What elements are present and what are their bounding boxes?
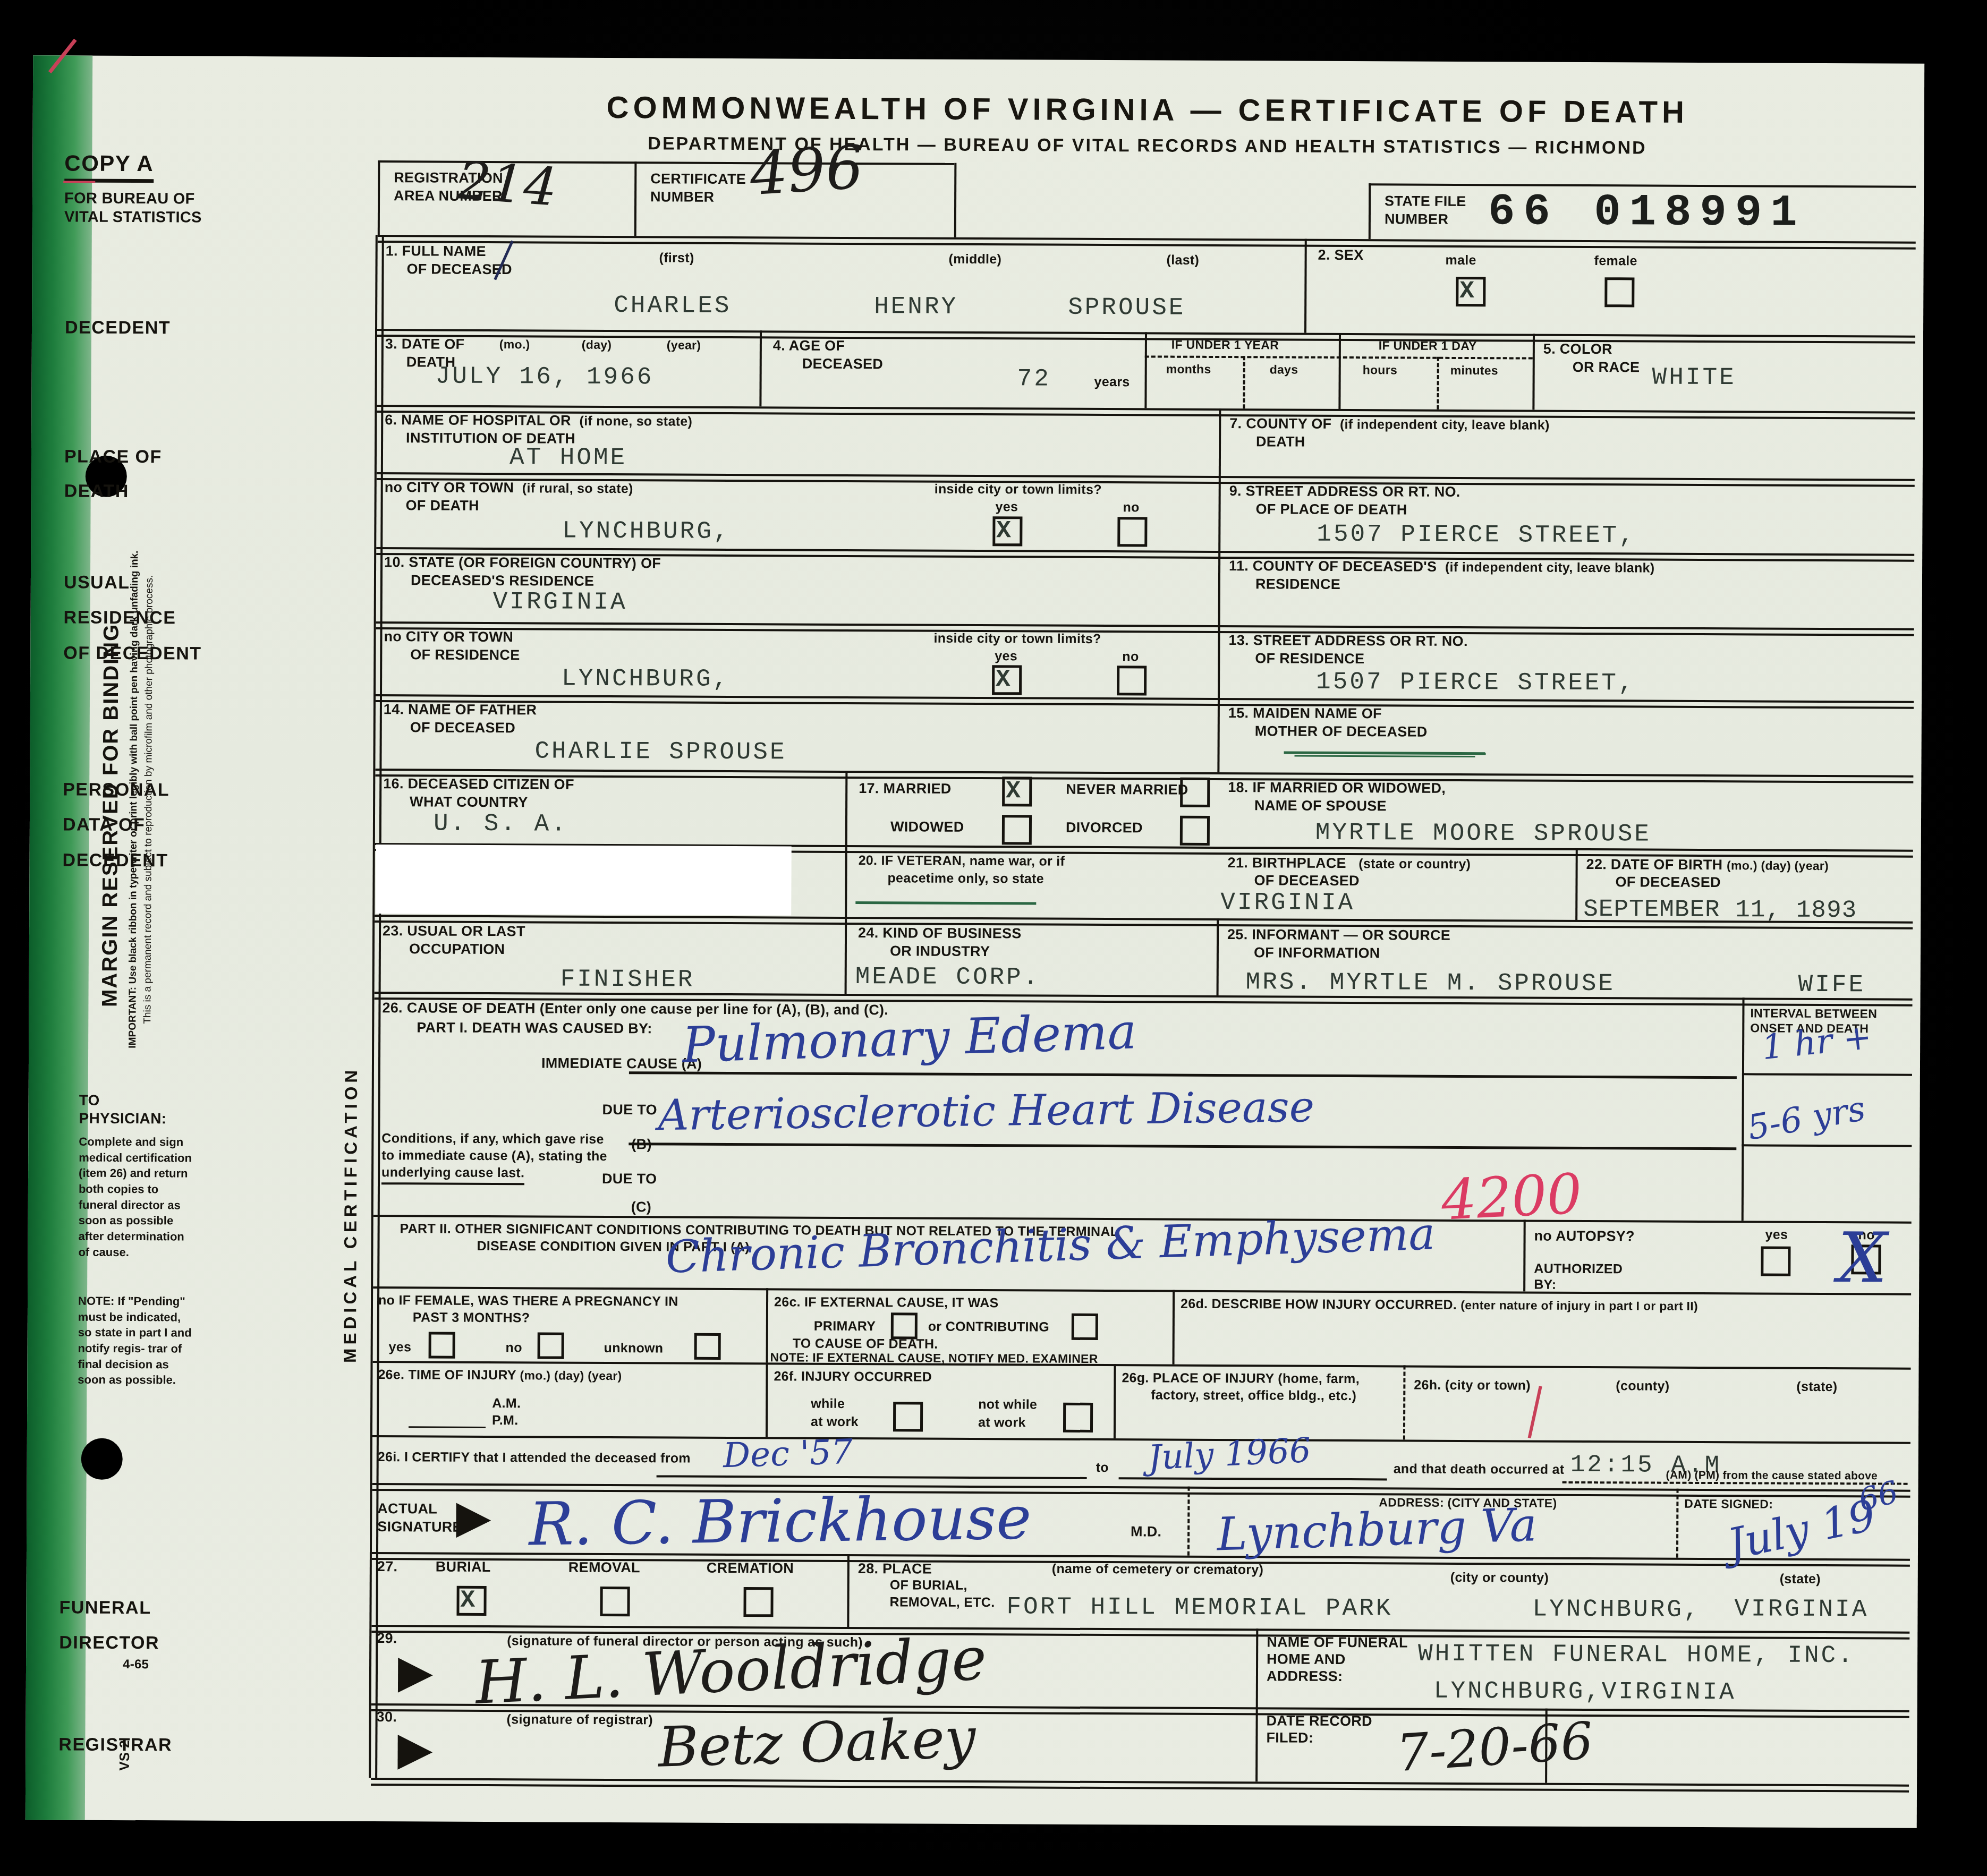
contributing-label: or CONTRIBUTING xyxy=(928,1319,1049,1335)
field28-label-3: REMOVAL, ETC. xyxy=(890,1594,995,1610)
field26b-label-2: PAST 3 MONTHS? xyxy=(413,1310,530,1326)
occupation-value: FINISHER xyxy=(561,967,695,992)
primary-checkbox xyxy=(891,1312,918,1339)
age-value: 72 xyxy=(1017,366,1051,391)
date-signed-label: DATE SIGNED: xyxy=(1684,1497,1773,1512)
pregnancy-yes-checkbox xyxy=(429,1332,455,1359)
cemetery-hint: (name of cemetery or crematory) xyxy=(1052,1562,1263,1578)
cremation-label: CREMATION xyxy=(707,1560,794,1577)
section-registrar: REGISTRAR xyxy=(58,1734,172,1756)
state-file-value: 66 018991 xyxy=(1488,190,1806,236)
field3-label: 3. DATE OF xyxy=(385,336,465,353)
field16-label: 16. DECEASED CITIZEN OF xyxy=(383,775,574,793)
limits-label-residence: inside city or town limits? xyxy=(933,631,1101,647)
field28-label: 28. PLACE xyxy=(858,1561,932,1577)
field1-no-label: 1. FULL NAME xyxy=(386,243,486,260)
birthplace-value: VIRGINIA xyxy=(1220,890,1355,915)
name-middle-value: HENRY xyxy=(874,294,958,319)
field18-label: 18. IF MARRIED OR WIDOWED, xyxy=(1228,779,1446,797)
spouse-name-value: MYRTLE MOORE SPROUSE xyxy=(1315,821,1651,847)
place-of-death-address-value: 1507 PIERCE STREET, xyxy=(1317,522,1636,548)
immediate-cause-label: IMMEDIATE CAUSE (A) xyxy=(541,1055,702,1072)
field17-married-label: 17. MARRIED xyxy=(859,780,951,798)
certificate-number-label-2: NUMBER xyxy=(650,189,714,206)
field16-label-2: WHAT COUNTRY xyxy=(410,794,528,811)
field23-label: 23. USUAL OR LAST xyxy=(383,923,525,940)
state-residence-value: VIRGINIA xyxy=(493,590,627,615)
first-hint: (first) xyxy=(659,250,694,266)
hole-punch xyxy=(81,1438,123,1480)
notwhile-label-1: not while xyxy=(978,1397,1037,1413)
physician-address-handwriting: Lynchburg Va xyxy=(1216,1502,1538,1557)
field6-label: 6. NAME OF HOSPITAL OR (if none, so stat… xyxy=(385,412,692,430)
under1day-label: IF UNDER 1 DAY xyxy=(1379,338,1477,353)
pointer-arrow-icon: ▶ xyxy=(456,1490,491,1544)
field11-label: 11. COUNTY OF DECEASED'S (if independent… xyxy=(1229,558,1655,576)
field13-label: 13. STREET ADDRESS OR RT. NO. xyxy=(1228,632,1467,650)
field24-label: 24. KIND OF BUSINESS xyxy=(858,925,1022,942)
age-years-label: years xyxy=(1094,374,1130,390)
removal-label: REMOVAL xyxy=(568,1559,640,1576)
authorized-label-1: AUTHORIZED xyxy=(1534,1261,1623,1277)
last-hint: (last) xyxy=(1167,253,1200,269)
pregnancy-unknown-checkbox xyxy=(694,1333,721,1360)
divorced-label: DIVORCED xyxy=(1066,820,1143,837)
form-revision: 4-65 xyxy=(123,1657,149,1673)
ampm-label: (AM) (PM) from the cause stated above xyxy=(1666,1469,1878,1483)
to-label: to xyxy=(1096,1460,1109,1476)
physician-signature-handwriting: R. C. Brickhouse xyxy=(529,1488,1032,1554)
field7-label-2: DEATH xyxy=(1256,433,1305,450)
field30-no: 30. xyxy=(377,1709,397,1726)
interval-a-handwriting: 1 hr + xyxy=(1761,1020,1873,1065)
residence-address-value: 1507 PIERCE STREET, xyxy=(1316,670,1635,696)
field22-label-2: OF DECEASED xyxy=(1615,874,1720,891)
field5-label: 5. COLOR xyxy=(1543,341,1612,358)
field3-day-hint: (day) xyxy=(582,338,612,352)
sex-female-label: female xyxy=(1594,253,1637,269)
field26g-label: 26g. PLACE OF INJURY (home, farm, xyxy=(1122,1370,1360,1387)
field11-label-2: RESIDENCE xyxy=(1255,576,1340,593)
field15-label: 15. MAIDEN NAME OF xyxy=(1228,705,1382,722)
section-personal-3: DECEDENT xyxy=(63,850,168,872)
informant-value: MRS. MYRTLE M. SPROUSE xyxy=(1246,970,1616,996)
mother-name-redaction-scribble-2 xyxy=(1295,755,1475,757)
pending-note: NOTE: If "Pending" must be indicated, so… xyxy=(78,1293,192,1388)
redaction-box xyxy=(376,845,792,915)
while-label-1: while xyxy=(811,1396,845,1412)
date-filed-label-1: DATE RECORD xyxy=(1267,1712,1372,1730)
field26h-label: 26h. (city or town) xyxy=(1414,1378,1531,1394)
funeral-home-label-3: ADDRESS: xyxy=(1267,1668,1343,1685)
while-at-work-checkbox xyxy=(893,1402,923,1431)
copy-for-line1: FOR BUREAU OF xyxy=(64,190,195,208)
burial-city-value: LYNCHBURG, xyxy=(1532,1597,1700,1622)
widowed-label: WIDOWED xyxy=(890,818,964,835)
limits-no-label: no xyxy=(1123,500,1140,516)
date-of-birth-value: SEPTEMBER 11, 1893 xyxy=(1583,897,1857,923)
part2-handwriting: Chronic Bronchitis & Emphysema xyxy=(665,1212,1436,1280)
field30-hint: (signature of registrar) xyxy=(507,1712,653,1728)
state-file-label-2: NUMBER xyxy=(1385,211,1448,228)
citizen-value: U. S. A. xyxy=(434,812,568,837)
field26e-label: 26e. TIME OF INJURY (mo.) (day) (year) xyxy=(378,1367,622,1384)
c-label: (C) xyxy=(631,1199,652,1216)
field9-label-2: OF PLACE OF DEATH xyxy=(1255,501,1407,518)
burial-state-value: VIRGINIA xyxy=(1734,1597,1869,1622)
mother-name-redaction-scribble xyxy=(1284,752,1486,755)
field25-label: 25. INFORMANT — OR SOURCE xyxy=(1227,926,1450,944)
cemetery-value: FORT HILL MEMORIAL PARK xyxy=(1006,1594,1392,1621)
to-physician-1: TO xyxy=(79,1092,100,1109)
certificate-paper: MARGIN RESERVED FOR BINDING IMPORTANT: U… xyxy=(26,55,1924,1828)
conditions-note-2: to immediate cause (A), stating the xyxy=(381,1148,607,1164)
section-personal-1: PERSONAL xyxy=(63,779,169,801)
limits-yes-label: yes xyxy=(996,499,1018,515)
limits-yes-checkbox xyxy=(992,516,1022,546)
limits-res-yes-checkbox xyxy=(992,665,1022,695)
name-first-value: CHARLES xyxy=(614,293,731,318)
hospital-value: AT HOME xyxy=(510,445,627,470)
copy-label: COPY A xyxy=(64,150,154,183)
field20-label: 20. IF VETERAN, name war, or if xyxy=(859,853,1065,869)
section-personal-2: DATA OF xyxy=(63,814,145,836)
interval-b-handwriting: 5-6 yrs xyxy=(1745,1092,1868,1145)
date-signed-year-handwriting: 66 xyxy=(1856,1476,1901,1515)
field29-no: 29. xyxy=(377,1630,397,1647)
section-place-1: PLACE OF xyxy=(64,446,162,468)
registrar-signature-handwriting: Betz Oakey xyxy=(657,1710,976,1775)
divorced-checkbox xyxy=(1180,816,1210,846)
primary-label: PRIMARY xyxy=(814,1319,876,1335)
burial-label: BURIAL xyxy=(436,1559,491,1576)
field4-label: 4. AGE OF xyxy=(773,337,845,354)
months-label: months xyxy=(1166,362,1211,377)
never-married-label: NEVER MARRIED xyxy=(1066,781,1188,799)
notwhile-label-2: at work xyxy=(978,1415,1026,1431)
actual-signature-label-1: ACTUAL xyxy=(377,1500,437,1517)
city-residence-value: LYNCHBURG, xyxy=(562,667,729,692)
cremation-checkbox xyxy=(743,1587,773,1617)
limits-res-no-label: no xyxy=(1122,649,1139,665)
field26g-label-2: factory, street, office bldg., etc.) xyxy=(1151,1387,1356,1404)
attended-to-handwriting: July 1966 xyxy=(1147,1434,1311,1476)
field24-label-2: OR INDUSTRY xyxy=(890,943,990,960)
autopsy-label: no AUTOPSY? xyxy=(1534,1228,1635,1246)
physician-note: Complete and sign medical certification … xyxy=(78,1134,193,1260)
field26f-label: 26f. INJURY OCCURRED xyxy=(774,1369,932,1385)
limits-no-checkbox xyxy=(1117,517,1147,547)
field13-label-2: OF RESIDENCE xyxy=(1255,650,1364,668)
cause-b-handwriting: Arteriosclerotic Heart Disease xyxy=(658,1086,1314,1137)
pregnancy-yes-label: yes xyxy=(389,1340,412,1355)
pregnancy-unknown-label: unknown xyxy=(604,1341,664,1357)
field4-label-2: DECEASED xyxy=(802,356,884,373)
informant-relation-value: WIFE xyxy=(1798,973,1866,997)
days-label: days xyxy=(1270,362,1298,377)
part1-label: PART I. DEATH WAS CAUSED BY: xyxy=(417,1019,652,1037)
section-medical-certification: MEDICAL CERTIFICATION xyxy=(339,1067,362,1363)
to-physician-2: PHYSICIAN: xyxy=(79,1110,166,1128)
widowed-checkbox xyxy=(1002,815,1032,845)
field7-label: 7. COUNTY OF (if independent city, leave… xyxy=(1229,415,1549,433)
sex-male-label: male xyxy=(1446,253,1476,269)
field15-label-2: MOTHER OF DECEASED xyxy=(1255,723,1428,740)
section-usual-3: OF DECEDENT xyxy=(63,643,201,665)
section-usual-2: RESIDENCE xyxy=(64,607,176,629)
md-label: M.D. xyxy=(1131,1523,1161,1540)
certificate-number-label-1: CERTIFICATE xyxy=(650,170,746,188)
funeral-home-label-2: HOME AND xyxy=(1267,1651,1346,1668)
cause-a-handwriting: Pulmonary Edema xyxy=(682,1007,1137,1070)
field3-mo-hint: (mo.) xyxy=(499,337,530,352)
section-funeral-1: FUNERAL xyxy=(59,1597,151,1619)
section-decedent: DECEDENT xyxy=(65,317,171,339)
burial-state-hint: (state) xyxy=(1780,1572,1821,1588)
state-file-label-1: STATE FILE xyxy=(1385,193,1466,210)
field23-label-2: OCCUPATION xyxy=(409,941,505,958)
section-place-2: DEATH xyxy=(64,481,129,502)
due-to-b-label: DUE TO xyxy=(602,1102,657,1119)
field26d-label: 26d. DESCRIBE HOW INJURY OCCURRED. (ente… xyxy=(1181,1297,1698,1315)
business-value: MEADE CORP. xyxy=(855,965,1040,990)
city-of-death-value: LYNCHBURG, xyxy=(562,519,730,544)
county-hint: (county) xyxy=(1616,1378,1669,1394)
field14-label-2: OF DECEASED xyxy=(410,719,515,737)
field10-label: 10. STATE (OR FOREIGN COUNTRY) OF xyxy=(384,554,661,572)
field26c-label: 26c. IF EXTERNAL CAUSE, IT WAS xyxy=(774,1294,999,1311)
pointer-arrow-icon: ▶ xyxy=(397,1722,433,1775)
limits-label-death: inside city or town limits? xyxy=(935,482,1102,498)
sex-female-checkbox xyxy=(1604,277,1634,307)
under1year-label: IF UNDER 1 YEAR xyxy=(1171,338,1279,353)
date-filed-handwriting: 7-20-66 xyxy=(1395,1715,1595,1779)
field26b-label: no IF FEMALE, WAS THERE A PREGNANCY IN xyxy=(378,1293,678,1310)
due-to-c-label: DUE TO xyxy=(602,1171,657,1188)
veteran-blank-line xyxy=(855,901,1036,905)
field27-no: 27. xyxy=(377,1558,398,1575)
section-usual-1: USUAL xyxy=(64,572,130,594)
pregnancy-no-label: no xyxy=(506,1340,522,1356)
limits-res-yes-label: yes xyxy=(995,649,1017,664)
sex-male-checkbox xyxy=(1456,277,1485,306)
color-race-value: WHITE xyxy=(1652,365,1736,390)
while-label-2: at work xyxy=(811,1414,859,1430)
funeral-home-label-1: NAME OF FUNERAL xyxy=(1267,1634,1408,1651)
registration-area-value: 214 xyxy=(456,155,559,214)
autopsy-yes-label: yes xyxy=(1765,1227,1788,1243)
field3-year-hint: (year) xyxy=(667,338,701,352)
field9-label: 9. STREET ADDRESS OR RT. NO. xyxy=(1229,483,1460,501)
date-filed-label-2: FILED: xyxy=(1266,1729,1313,1746)
name-last-value: SPROUSE xyxy=(1068,295,1185,320)
minutes-label: minutes xyxy=(1450,363,1498,378)
field12-label: no CITY OR TOWN xyxy=(384,628,513,646)
field10-label-2: DECEASED'S RESIDENCE xyxy=(411,572,595,590)
to-cause-label: TO CAUSE OF DEATH. xyxy=(793,1336,938,1353)
contributing-checkbox xyxy=(1072,1314,1098,1340)
funeral-home-name-value: WHITTEN FUNERAL HOME, INC. xyxy=(1418,1642,1855,1668)
am-label: A.M. xyxy=(492,1396,521,1412)
field5-label-2: OR RACE xyxy=(1573,359,1640,376)
authorized-label-2: BY: xyxy=(1534,1277,1556,1293)
not-while-at-work-checkbox xyxy=(1063,1403,1093,1432)
funeral-home-city-value: LYNCHBURG,VIRGINIA xyxy=(1434,1679,1736,1704)
pm-label: P.M. xyxy=(492,1413,519,1429)
date-of-death-value: JULY 16, 1966 xyxy=(436,364,654,390)
field8-label-2: OF DEATH xyxy=(406,497,480,514)
field18-label-2: NAME OF SPOUSE xyxy=(1254,797,1387,815)
field21-label-2: OF DECEASED xyxy=(1254,872,1359,890)
pregnancy-no-checkbox xyxy=(538,1332,564,1359)
copy-for-line2: VITAL STATISTICS xyxy=(64,208,202,227)
field20-label-2: peacetime only, so state xyxy=(887,871,1043,887)
field8-label: no CITY OR TOWN (if rural, so state) xyxy=(385,479,633,497)
actual-signature-label-2: SIGNATURE xyxy=(377,1519,462,1536)
burial-checkbox xyxy=(456,1586,486,1616)
certificate-number-value: 496 xyxy=(748,138,865,204)
occurred-label: and that death occurred at xyxy=(1394,1461,1565,1478)
field22-label: 22. DATE OF BIRTH (mo.) (day) (year) xyxy=(1586,856,1829,874)
field12-label-2: OF RESIDENCE xyxy=(410,646,520,664)
sex-label: 2. SEX xyxy=(1318,247,1364,264)
married-checkbox xyxy=(1002,777,1032,806)
section-funeral-2: DIRECTOR xyxy=(59,1632,159,1654)
middle-hint: (middle) xyxy=(949,252,1002,268)
state-hint: (state) xyxy=(1796,1379,1837,1395)
field26i-label: 26i. I CERTIFY that I attended the decea… xyxy=(378,1449,691,1466)
never-married-checkbox xyxy=(1180,778,1210,807)
red-code-handwriting: 4200 xyxy=(1440,1166,1583,1228)
burial-city-hint: (city or county) xyxy=(1450,1570,1549,1586)
pointer-arrow-icon: ▶ xyxy=(398,1645,434,1698)
limits-res-no-checkbox xyxy=(1117,666,1147,695)
external-note-label: NOTE: IF EXTERNAL CAUSE, NOTIFY MED. EXA… xyxy=(770,1350,1098,1366)
hours-label: hours xyxy=(1363,363,1398,377)
page-title: COMMONWEALTH OF VIRGINIA — CERTIFICATE O… xyxy=(606,90,1688,130)
autopsy-no-checkbox xyxy=(1851,1244,1881,1274)
field14-label: 14. NAME OF FATHER xyxy=(384,701,537,719)
autopsy-yes-checkbox xyxy=(1761,1246,1790,1276)
field25-label-2: OF INFORMATION xyxy=(1254,944,1380,962)
attended-from-handwriting: Dec '57 xyxy=(723,1435,853,1473)
removal-checkbox xyxy=(600,1587,630,1616)
father-name-value: CHARLIE SPROUSE xyxy=(534,739,786,764)
conditions-note-3: underlying cause last. xyxy=(381,1165,524,1185)
conditions-note-1: Conditions, if any, which gave rise xyxy=(381,1131,604,1147)
red-underline xyxy=(63,181,95,183)
field28-label-2: OF BURIAL, xyxy=(890,1577,967,1593)
scan-background: MARGIN RESERVED FOR BINDING IMPORTANT: U… xyxy=(0,0,1987,1876)
field21-label: 21. BIRTHPLACE (state or country) xyxy=(1228,855,1471,873)
